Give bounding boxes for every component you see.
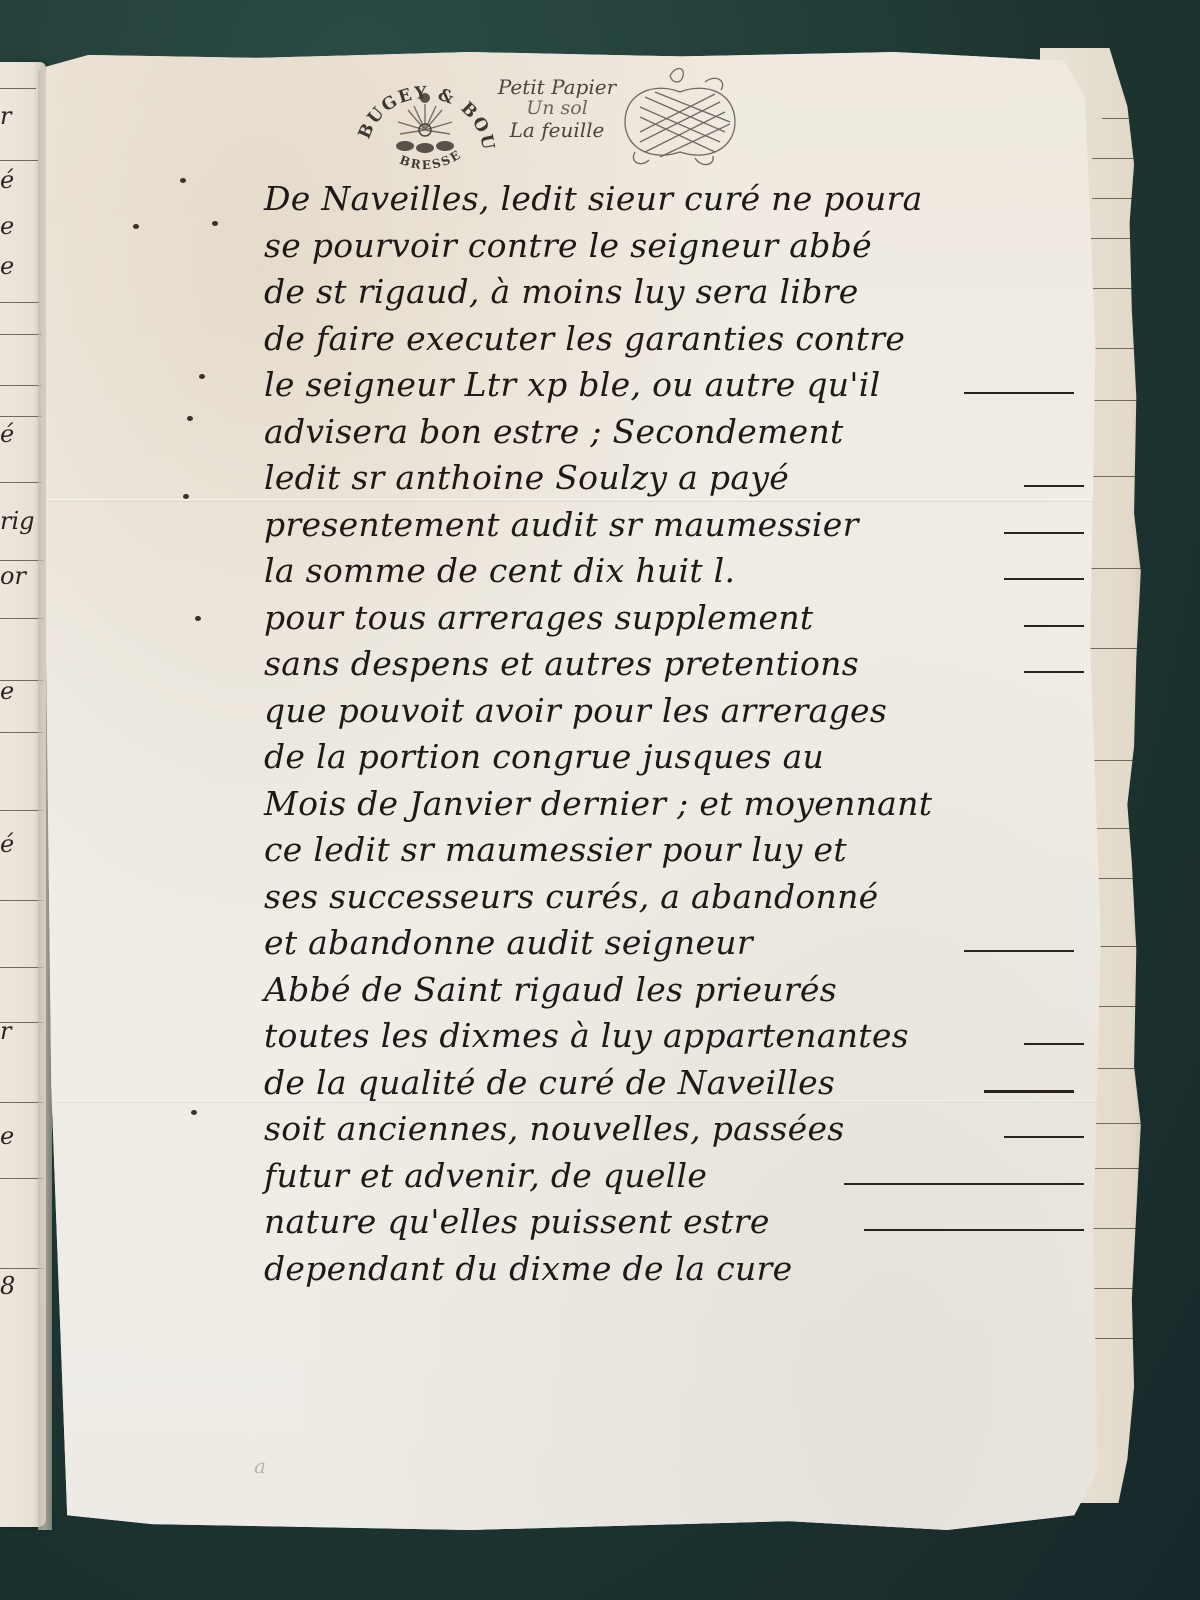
handwritten-line: nature qu'elles puissent estre: [264, 1199, 1094, 1246]
margin-dot-mark: [187, 416, 193, 421]
ruled-line: [1086, 1228, 1142, 1229]
handwritten-line: que pouvoit avoir pour les arrerages: [264, 688, 1094, 735]
margin-dot-mark: [195, 616, 201, 621]
left-page-fragment: 8: [0, 1272, 15, 1300]
line-filler-dash: [844, 1183, 1084, 1185]
margin-dot-mark: [183, 494, 189, 499]
left-page-fragment: r: [0, 102, 11, 130]
calligraphic-flourish-icon: [615, 62, 745, 172]
handwritten-line: pour tous arrerages supplement: [264, 595, 1094, 642]
line-filler-dash: [984, 1090, 1074, 1093]
ruled-line: [0, 302, 40, 303]
left-page-fragment: e: [0, 252, 14, 280]
margin-dot-mark: [199, 374, 205, 379]
pencil-annotation: a: [254, 1454, 266, 1478]
handwritten-line: de st rigaud, à moins luy sera libre: [264, 269, 1094, 316]
handwritten-line: Abbé de Saint rigaud les prieurés: [264, 967, 1094, 1014]
handwritten-line: de la portion congrue jusques au: [264, 734, 1094, 781]
handwritten-line: toutes les dixmes à luy appartenantes: [264, 1013, 1094, 1060]
seal-top-text: BUGEY & BOURG: [350, 62, 498, 153]
svg-text:BUGEY & BOURG: BUGEY & BOURG: [350, 62, 498, 153]
left-page-fragment: é: [0, 420, 14, 448]
ruled-line: [1092, 198, 1142, 199]
handwritten-line: sans despens et autres pretentions: [264, 641, 1094, 688]
ruled-line: [0, 385, 42, 386]
handwritten-line: presentement audit sr maumessier: [264, 502, 1094, 549]
tax-stamp-line-1: Petit Papier: [482, 76, 632, 98]
handwritten-line: le seigneur Ltr xp ble, ou autre qu'il: [264, 362, 1094, 409]
ruled-line: [1086, 648, 1142, 649]
line-filler-dash: [1004, 1136, 1084, 1138]
left-page-fragment: é: [0, 166, 14, 194]
handwritten-line: dependant du dixme de la cure: [264, 1246, 1094, 1293]
margin-dot-mark: [212, 221, 218, 226]
handwritten-line: advisera bon estre ; Secondement: [264, 409, 1094, 456]
left-page-fragment: e: [0, 1122, 14, 1150]
ruled-line: [1102, 118, 1142, 119]
ruled-line: [0, 334, 42, 335]
generality-seal-stamp-icon: BUGEY & BOURG BRESSE: [350, 62, 500, 178]
left-page-fragment: é: [0, 830, 14, 858]
ruled-line: [1092, 158, 1142, 159]
line-filler-dash: [864, 1229, 1084, 1231]
left-page-fragment: r: [0, 1017, 11, 1045]
handwritten-line: et abandonne audit seigneur: [264, 920, 1094, 967]
tax-stamp-line-2: Un sol: [482, 98, 632, 119]
tax-stamp: Petit Papier Un sol La feuille: [482, 76, 632, 141]
handwritten-line: futur et advenir, de quelle: [264, 1153, 1094, 1200]
line-filler-dash: [1024, 1043, 1084, 1045]
handwritten-line: ses successeurs curés, a abandonné: [264, 874, 1094, 921]
handwritten-line: se pourvoir contre le seigneur abbé: [264, 223, 1094, 270]
handwritten-line: ledit sr anthoine Soulzy a payé: [264, 455, 1094, 502]
left-page-fragment: e: [0, 212, 14, 240]
ruled-line: [1086, 568, 1142, 569]
ruled-line: [0, 416, 42, 417]
handwritten-line: Mois de Janvier dernier ; et moyennant: [264, 781, 1094, 828]
tax-stamp-line-3: La feuille: [482, 119, 632, 141]
left-page-fragment: or: [0, 562, 26, 590]
handwritten-line: de la qualité de curé de Naveilles: [264, 1060, 1094, 1107]
handwritten-line: De Naveilles, ledit sieur curé ne poura: [264, 176, 1094, 223]
ruled-line: [1086, 476, 1142, 477]
ruled-line: [1086, 1288, 1142, 1289]
ruled-line: [0, 88, 36, 89]
ruled-line: [1086, 760, 1142, 761]
left-page-fragment: rig: [0, 507, 35, 535]
line-filler-dash: [1024, 625, 1084, 627]
ruled-line: [1086, 238, 1142, 239]
handwritten-text-body: De Naveilles, ledit sieur curé ne poura …: [264, 176, 1094, 1292]
handwritten-line: soit anciennes, nouvelles, passées: [264, 1106, 1094, 1153]
line-filler-dash: [964, 392, 1074, 394]
line-filler-dash: [964, 950, 1074, 952]
ruled-line: [1086, 288, 1142, 289]
ruled-line: [0, 482, 42, 483]
line-filler-dash: [1024, 671, 1084, 673]
ruled-line: [0, 160, 38, 161]
handwritten-line: de faire executer les garanties contre: [264, 316, 1094, 363]
margin-dot-mark: [133, 224, 139, 229]
line-filler-dash: [1004, 578, 1084, 580]
left-page-fragment: e: [0, 677, 14, 705]
margin-dot-mark: [180, 178, 186, 183]
line-filler-dash: [1004, 532, 1084, 534]
handwritten-line: la somme de cent dix huit l.: [264, 548, 1094, 595]
margin-dot-mark: [191, 1110, 197, 1115]
handwritten-line: ce ledit sr maumessier pour luy et: [264, 827, 1094, 874]
line-filler-dash: [1024, 485, 1084, 487]
